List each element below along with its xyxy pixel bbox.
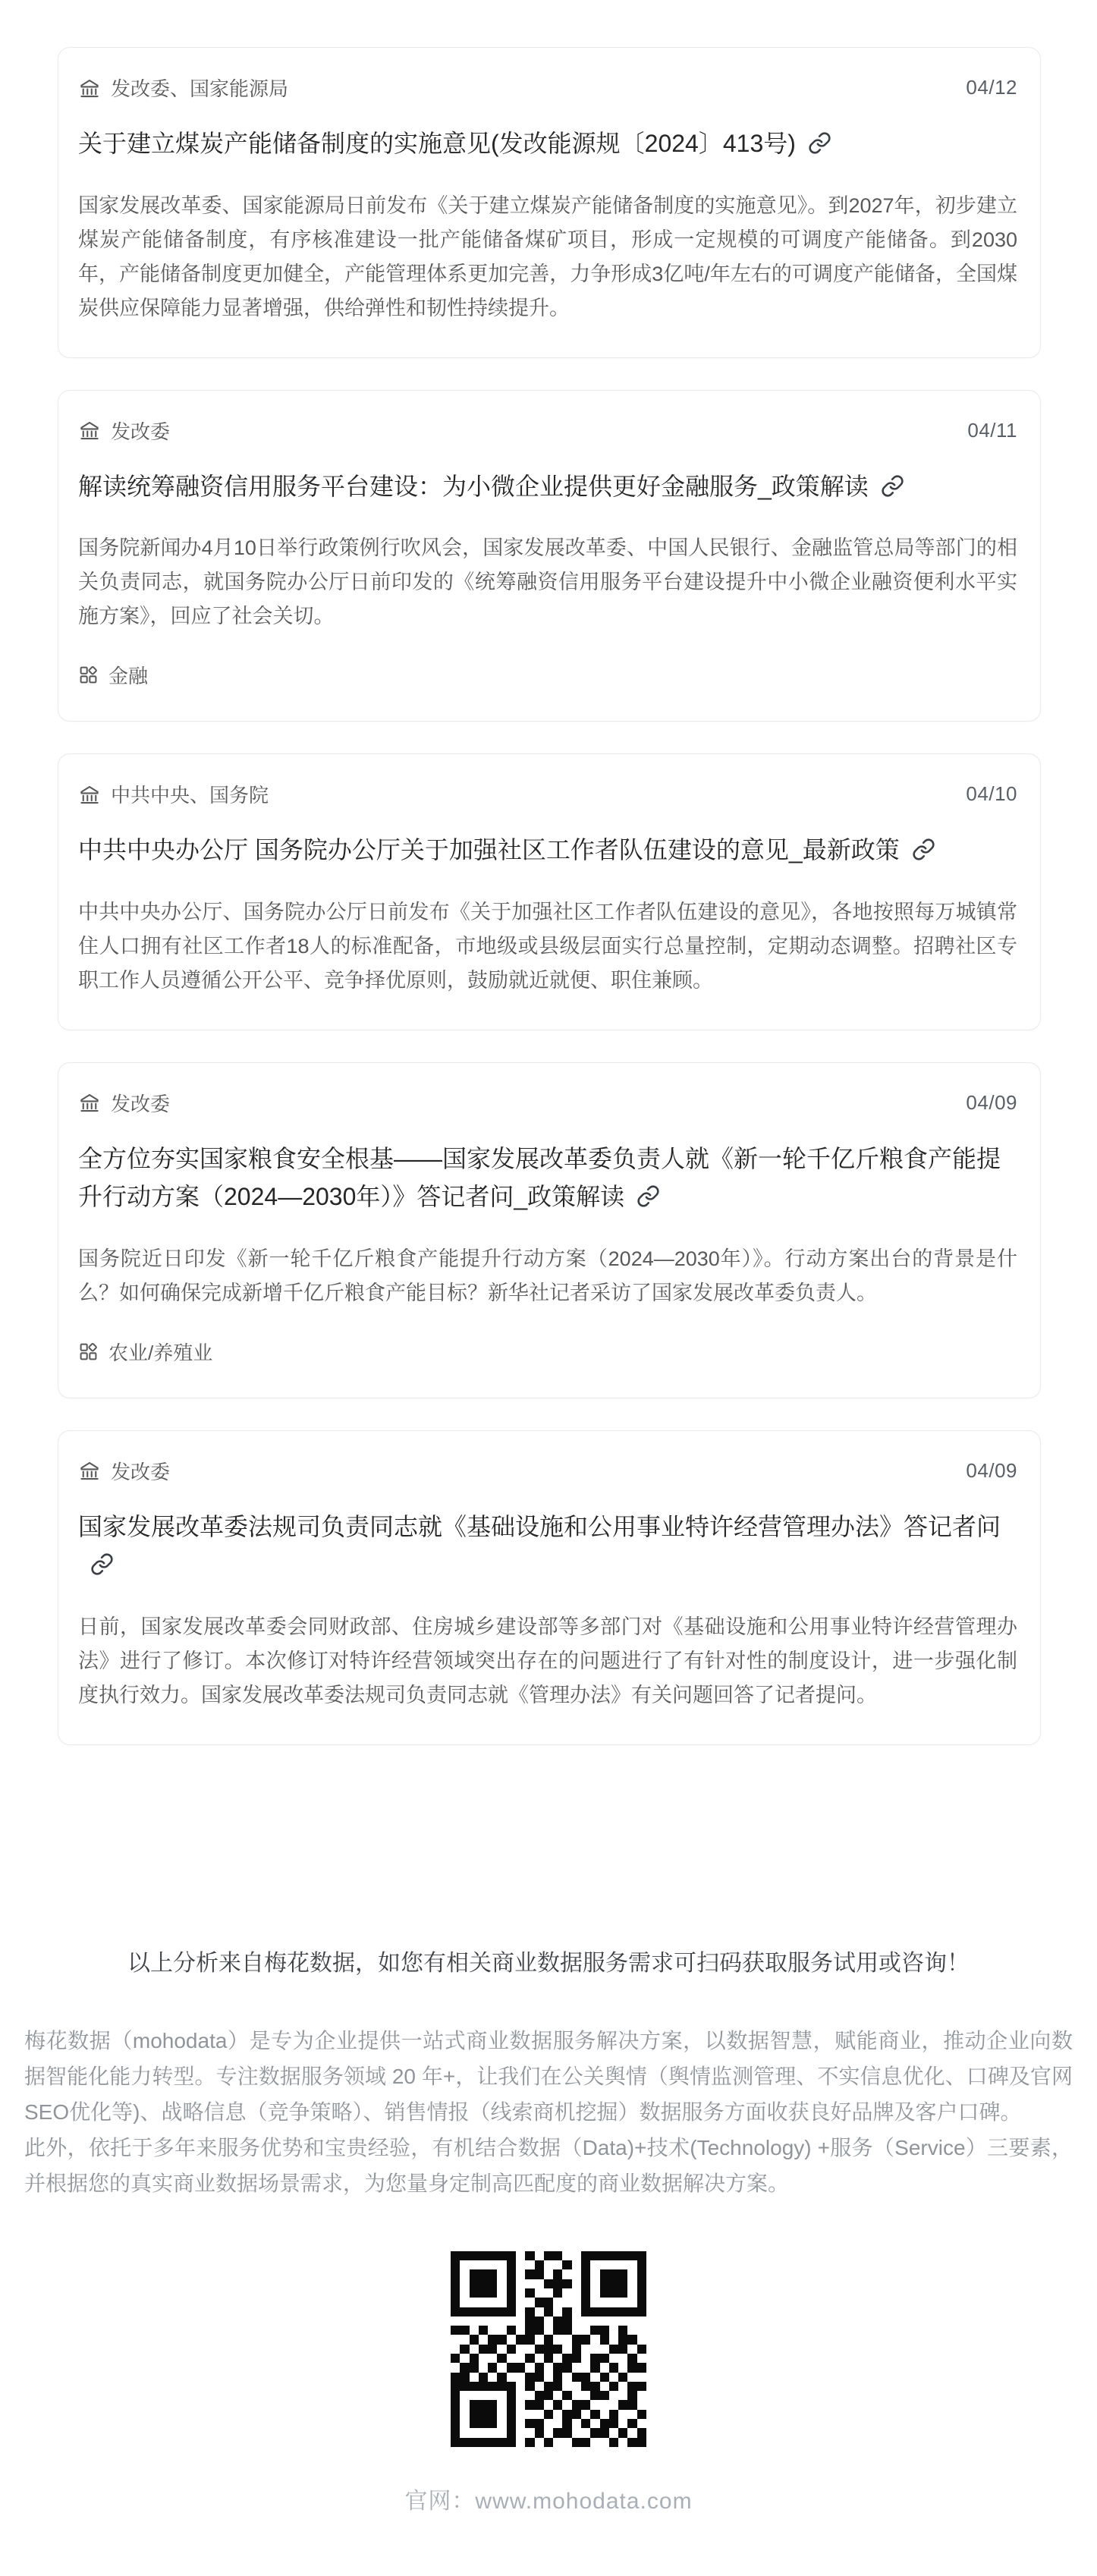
promo-paragraph: 梅花数据（mohodata）是专为企业提供一站式商业数据服务解决方案，以数据智慧…	[24, 2023, 1073, 2130]
card-title-text[interactable]: 解读统筹融资信用服务平台建设：为小微企业提供更好金融服务_政策解读	[78, 473, 869, 500]
bank-icon	[78, 77, 101, 99]
card-title[interactable]: 解读统筹融资信用服务平台建设：为小微企业提供更好金融服务_政策解读	[78, 467, 1017, 506]
card-source: 发改委	[78, 1457, 170, 1485]
source-label: 发改委	[111, 1089, 170, 1117]
card-title-text[interactable]: 关于建立煤炭产能储备制度的实施意见(发改能源规〔2024〕413号)	[78, 130, 796, 157]
bank-icon	[78, 419, 101, 442]
card-title-text[interactable]: 中共中央办公厅 国务院办公厅关于加强社区工作者队伍建设的意见_最新政策	[78, 836, 900, 863]
card-title[interactable]: 全方位夯实国家粮食安全根基——国家发展改革委负责人就《新一轮千亿斤粮食产能提升行…	[78, 1140, 1017, 1216]
card-title-text[interactable]: 全方位夯实国家粮食安全根基——国家发展改革委负责人就《新一轮千亿斤粮食产能提升行…	[78, 1145, 1001, 1211]
qr-code-container	[0, 2251, 1097, 2447]
card-date: 04/09	[966, 1091, 1017, 1115]
link-icon[interactable]	[637, 1184, 660, 1208]
tag-label: 金融	[108, 661, 148, 689]
website-caption: 官网：www.mohodata.com	[0, 2482, 1097, 2515]
news-card[interactable]: 发改委、国家能源局 04/12 关于建立煤炭产能储备制度的实施意见(发改能源规〔…	[58, 47, 1041, 358]
promo-footer: 以上分析来自梅花数据，如您有相关商业数据服务需求可扫码获取服务试用或咨询！ 梅花…	[0, 1944, 1097, 2576]
category-icon	[78, 665, 99, 685]
link-icon[interactable]	[912, 838, 935, 861]
card-summary: 日前，国家发展改革委会同财政部、住房城乡建设部等多部门对《基础设施和公用事业特许…	[78, 1610, 1017, 1713]
card-title-text[interactable]: 国家发展改革委法规司负责同志就《基础设施和公用事业特许经营管理办法》答记者问	[78, 1513, 1001, 1540]
link-icon[interactable]	[808, 131, 831, 155]
card-tag: 农业/养殖业	[78, 1338, 1017, 1366]
card-summary: 国务院近日印发《新一轮千亿斤粮食产能提升行动方案（2024—2030年）》。行动…	[78, 1242, 1017, 1310]
tag-label: 农业/养殖业	[108, 1338, 212, 1366]
bottom-spacer	[0, 2515, 1097, 2576]
qr-code	[451, 2251, 646, 2447]
card-summary: 国家发展改革委、国家能源局日前发布《关于建立煤炭产能储备制度的实施意见》。到20…	[78, 189, 1017, 326]
card-header: 中共中央、国务院 04/10	[78, 780, 1017, 808]
card-date: 04/12	[966, 76, 1017, 99]
link-icon[interactable]	[90, 1552, 114, 1576]
promo-paragraph: 此外，依托于多年来服务优势和宝贵经验，有机结合数据（Data)+技术(Techn…	[24, 2130, 1073, 2201]
card-header: 发改委 04/09	[78, 1089, 1017, 1117]
card-summary: 国务院新闻办4月10日举行政策例行吹风会，国家发展改革委、中国人民银行、金融监管…	[78, 531, 1017, 634]
source-label: 发改委、国家能源局	[111, 74, 288, 102]
card-source: 中共中央、国务院	[78, 780, 269, 808]
news-card-list: 发改委、国家能源局 04/12 关于建立煤炭产能储备制度的实施意见(发改能源规〔…	[0, 0, 1097, 1745]
card-header: 发改委 04/11	[78, 417, 1017, 445]
card-title[interactable]: 国家发展改革委法规司负责同志就《基础设施和公用事业特许经营管理办法》答记者问	[78, 1508, 1017, 1584]
source-label: 发改委	[111, 1457, 170, 1485]
news-card[interactable]: 发改委 04/09 国家发展改革委法规司负责同志就《基础设施和公用事业特许经营管…	[58, 1430, 1041, 1745]
card-header: 发改委 04/09	[78, 1457, 1017, 1485]
bank-icon	[78, 1091, 101, 1114]
card-date: 04/10	[966, 782, 1017, 806]
card-source: 发改委、国家能源局	[78, 74, 288, 102]
card-title[interactable]: 关于建立煤炭产能储备制度的实施意见(发改能源规〔2024〕413号)	[78, 124, 1017, 163]
card-source: 发改委	[78, 417, 170, 445]
card-header: 发改委、国家能源局 04/12	[78, 74, 1017, 102]
news-card[interactable]: 中共中央、国务院 04/10 中共中央办公厅 国务院办公厅关于加强社区工作者队伍…	[58, 753, 1041, 1030]
card-tag: 金融	[78, 661, 1017, 689]
policy-feed-page: 发改委、国家能源局 04/12 关于建立煤炭产能储备制度的实施意见(发改能源规〔…	[0, 0, 1097, 2576]
source-label: 中共中央、国务院	[111, 780, 269, 808]
card-summary: 中共中央办公厅、国务院办公厅日前发布《关于加强社区工作者队伍建设的意见》，各地按…	[78, 895, 1017, 998]
promo-paragraphs: 梅花数据（mohodata）是专为企业提供一站式商业数据服务解决方案，以数据智慧…	[24, 2023, 1073, 2201]
source-label: 发改委	[111, 417, 170, 445]
category-icon	[78, 1341, 99, 1362]
card-source: 发改委	[78, 1089, 170, 1117]
card-date: 04/11	[967, 419, 1017, 442]
bank-icon	[78, 1459, 101, 1482]
bank-icon	[78, 783, 101, 806]
link-icon[interactable]	[881, 474, 904, 498]
news-card[interactable]: 发改委 04/11 解读统筹融资信用服务平台建设：为小微企业提供更好金融服务_政…	[58, 390, 1041, 722]
card-title[interactable]: 中共中央办公厅 国务院办公厅关于加强社区工作者队伍建设的意见_最新政策	[78, 831, 1017, 870]
card-date: 04/09	[966, 1459, 1017, 1483]
news-card[interactable]: 发改委 04/09 全方位夯实国家粮食安全根基——国家发展改革委负责人就《新一轮…	[58, 1062, 1041, 1398]
promo-headline: 以上分析来自梅花数据，如您有相关商业数据服务需求可扫码获取服务试用或咨询！	[0, 1944, 1097, 1977]
